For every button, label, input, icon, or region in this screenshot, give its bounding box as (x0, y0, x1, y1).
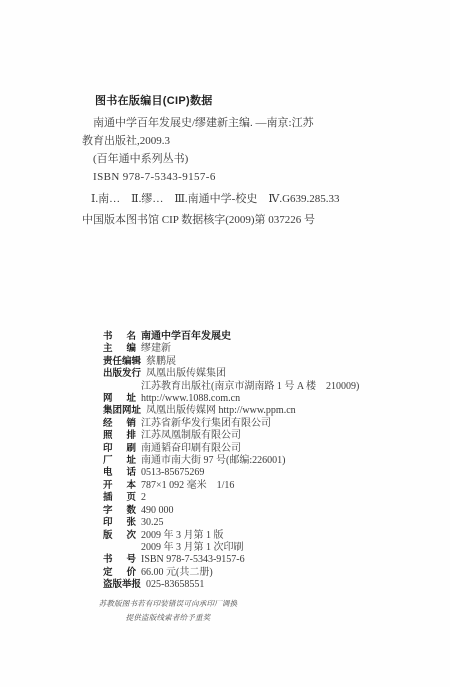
cip-line-record-number: 中国版本图书馆 CIP 数据核字(2009)第 037226 号 (82, 211, 402, 229)
row-label: 责任编辑 (103, 356, 141, 368)
row-label: 书 名 (103, 331, 136, 343)
colophon-row-word-count: 字 数 490 000 (103, 505, 423, 517)
row-value: 0513-85675269 (141, 467, 204, 479)
cip-title: 图书在版编目(CIP)数据 (95, 92, 402, 110)
footer-line-reward: 提供盗版线索者给予重奖 (88, 611, 248, 625)
row-label: 印 刷 (103, 443, 136, 455)
row-value: 490 000 (141, 505, 174, 517)
colophon-row-isbn: 书 号 ISBN 978-7-5343-9157-6 (103, 554, 423, 566)
colophon-row-chief-editor: 主 编 缪建新 (103, 343, 423, 355)
colophon-row-responsible-editor: 责任编辑 蔡鹏展 (103, 356, 423, 368)
row-value-line2: 江苏教育出版社(南京市湖南路 1 号 A 楼 210009) (103, 381, 423, 393)
colophon-row-price: 定 价 66.00 元(共二册) (103, 567, 423, 579)
cip-line-isbn: ISBN 978-7-5343-9157-6 (82, 168, 402, 186)
row-label: 厂 址 (103, 455, 136, 467)
row-value: 南通韬奋印刷有限公司 (141, 443, 241, 455)
colophon-row-sheets: 印 张 30.25 (103, 517, 423, 529)
row-value: 凤凰出版传媒集团 (146, 368, 226, 380)
colophon-row-phone: 电 话 0513-85675269 (103, 467, 423, 479)
colophon-row-typesetting: 照 排 江苏凤凰制版有限公司 (103, 430, 423, 442)
colophon-table: 书 名 南通中学百年发展史 主 编 缪建新 责任编辑 蔡鹏展 出版发行 凤凰出版… (103, 331, 423, 592)
row-value: 025-83658551 (146, 579, 204, 591)
row-value: ISBN 978-7-5343-9157-6 (141, 554, 245, 566)
row-label: 出版发行 (103, 368, 141, 380)
footer-notice: 苏教版图书若有印装错误可向承印厂调换 提供盗版线索者给予重奖 (88, 597, 248, 624)
row-label: 经 销 (103, 418, 136, 430)
colophon-row-format: 开 本 787×1 092 毫米 1/16 (103, 480, 423, 492)
colophon-row-website: 网 址 http://www.1088.com.cn (103, 393, 423, 405)
row-label: 书 号 (103, 554, 136, 566)
cip-line-series: (百年通中系列丛书) (82, 150, 402, 168)
row-label: 插 页 (103, 492, 136, 504)
row-value: 缪建新 (141, 343, 171, 355)
row-label: 开 本 (103, 480, 136, 492)
row-value: http://www.1088.com.cn (141, 393, 240, 405)
row-label: 主 编 (103, 343, 136, 355)
row-label: 网 址 (103, 393, 136, 405)
row-value-line2: 2009 年 3 月第 1 次印刷 (103, 542, 423, 554)
cip-line-classification: Ⅰ.南… Ⅱ.缪… Ⅲ.南通中学-校史 Ⅳ.G639.285.33 (82, 190, 402, 208)
footer-line-exchange: 苏教版图书若有印装错误可向承印厂调换 (88, 597, 248, 611)
colophon-row-publisher: 出版发行 凤凰出版传媒集团 江苏教育出版社(南京市湖南路 1 号 A 楼 210… (103, 368, 423, 393)
row-label: 定 价 (103, 567, 136, 579)
colophon-row-inserts: 插 页 2 (103, 492, 423, 504)
row-value: 江苏省新华发行集团有限公司 (141, 418, 271, 430)
row-label: 版 次 (103, 530, 136, 542)
row-value: 2009 年 3 月第 1 版 (141, 530, 224, 542)
row-label: 印 张 (103, 517, 136, 529)
row-label: 电 话 (103, 467, 136, 479)
row-value: 江苏凤凰制版有限公司 (141, 430, 241, 442)
row-value: 30.25 (141, 517, 164, 529)
colophon-row-book-title: 书 名 南通中学百年发展史 (103, 331, 423, 343)
colophon-row-printer: 印 刷 南通韬奋印刷有限公司 (103, 443, 423, 455)
book-copyright-page: 图书在版编目(CIP)数据 南通中学百年发展史/缪建新主编. —南京:江苏 教育… (0, 0, 450, 687)
row-label: 照 排 (103, 430, 136, 442)
colophon-row-distributor: 经 销 江苏省新华发行集团有限公司 (103, 418, 423, 430)
row-value: 南通市南大街 97 号(邮编:226001) (141, 455, 285, 467)
row-value: 787×1 092 毫米 1/16 (141, 480, 234, 492)
row-label: 集团网址 (103, 405, 141, 417)
cip-section: 图书在版编目(CIP)数据 南通中学百年发展史/缪建新主编. —南京:江苏 教育… (82, 92, 402, 229)
colophon-row-edition: 版 次 2009 年 3 月第 1 版 2009 年 3 月第 1 次印刷 (103, 530, 423, 555)
colophon-row-factory-address: 厂 址 南通市南大街 97 号(邮编:226001) (103, 455, 423, 467)
row-label: 盗版举报 (103, 579, 141, 591)
cip-line-title-statement: 南通中学百年发展史/缪建新主编. —南京:江苏 (82, 114, 402, 132)
row-value: 蔡鹏展 (146, 356, 176, 368)
row-label: 字 数 (103, 505, 136, 517)
row-value: 凤凰出版传媒网 http://www.ppm.cn (146, 405, 296, 417)
colophon-row-piracy-hotline: 盗版举报 025-83658551 (103, 579, 423, 591)
cip-line-publisher: 教育出版社,2009.3 (82, 132, 402, 150)
row-value: 66.00 元(共二册) (141, 567, 213, 579)
row-value: 2 (141, 492, 146, 504)
colophon-row-group-website: 集团网址 凤凰出版传媒网 http://www.ppm.cn (103, 405, 423, 417)
row-value: 南通中学百年发展史 (141, 331, 231, 343)
